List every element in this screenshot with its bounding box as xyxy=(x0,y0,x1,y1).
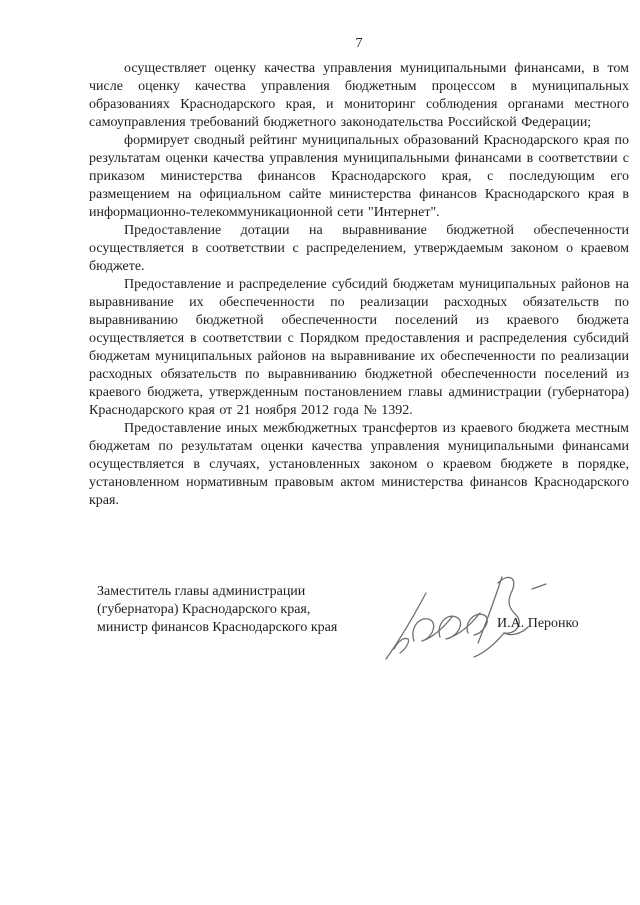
paragraph: осуществляет оценку качества управления … xyxy=(89,60,629,132)
page-number: 7 xyxy=(89,36,629,52)
signer-name: И.А. Перонко xyxy=(497,615,579,633)
document-page: 7 осуществляет оценку качества управлени… xyxy=(0,0,640,905)
paragraph: Предоставление дотации на выравнивание б… xyxy=(89,222,629,276)
signature-block: Заместитель главы администрации (губерна… xyxy=(97,583,629,678)
document-body: осуществляет оценку качества управления … xyxy=(89,60,629,510)
paragraph: Предоставление иных межбюджетных трансфе… xyxy=(89,420,629,510)
paragraph: Предоставление и распределение субсидий … xyxy=(89,276,629,420)
paragraph: формирует сводный рейтинг муниципальных … xyxy=(89,132,629,222)
